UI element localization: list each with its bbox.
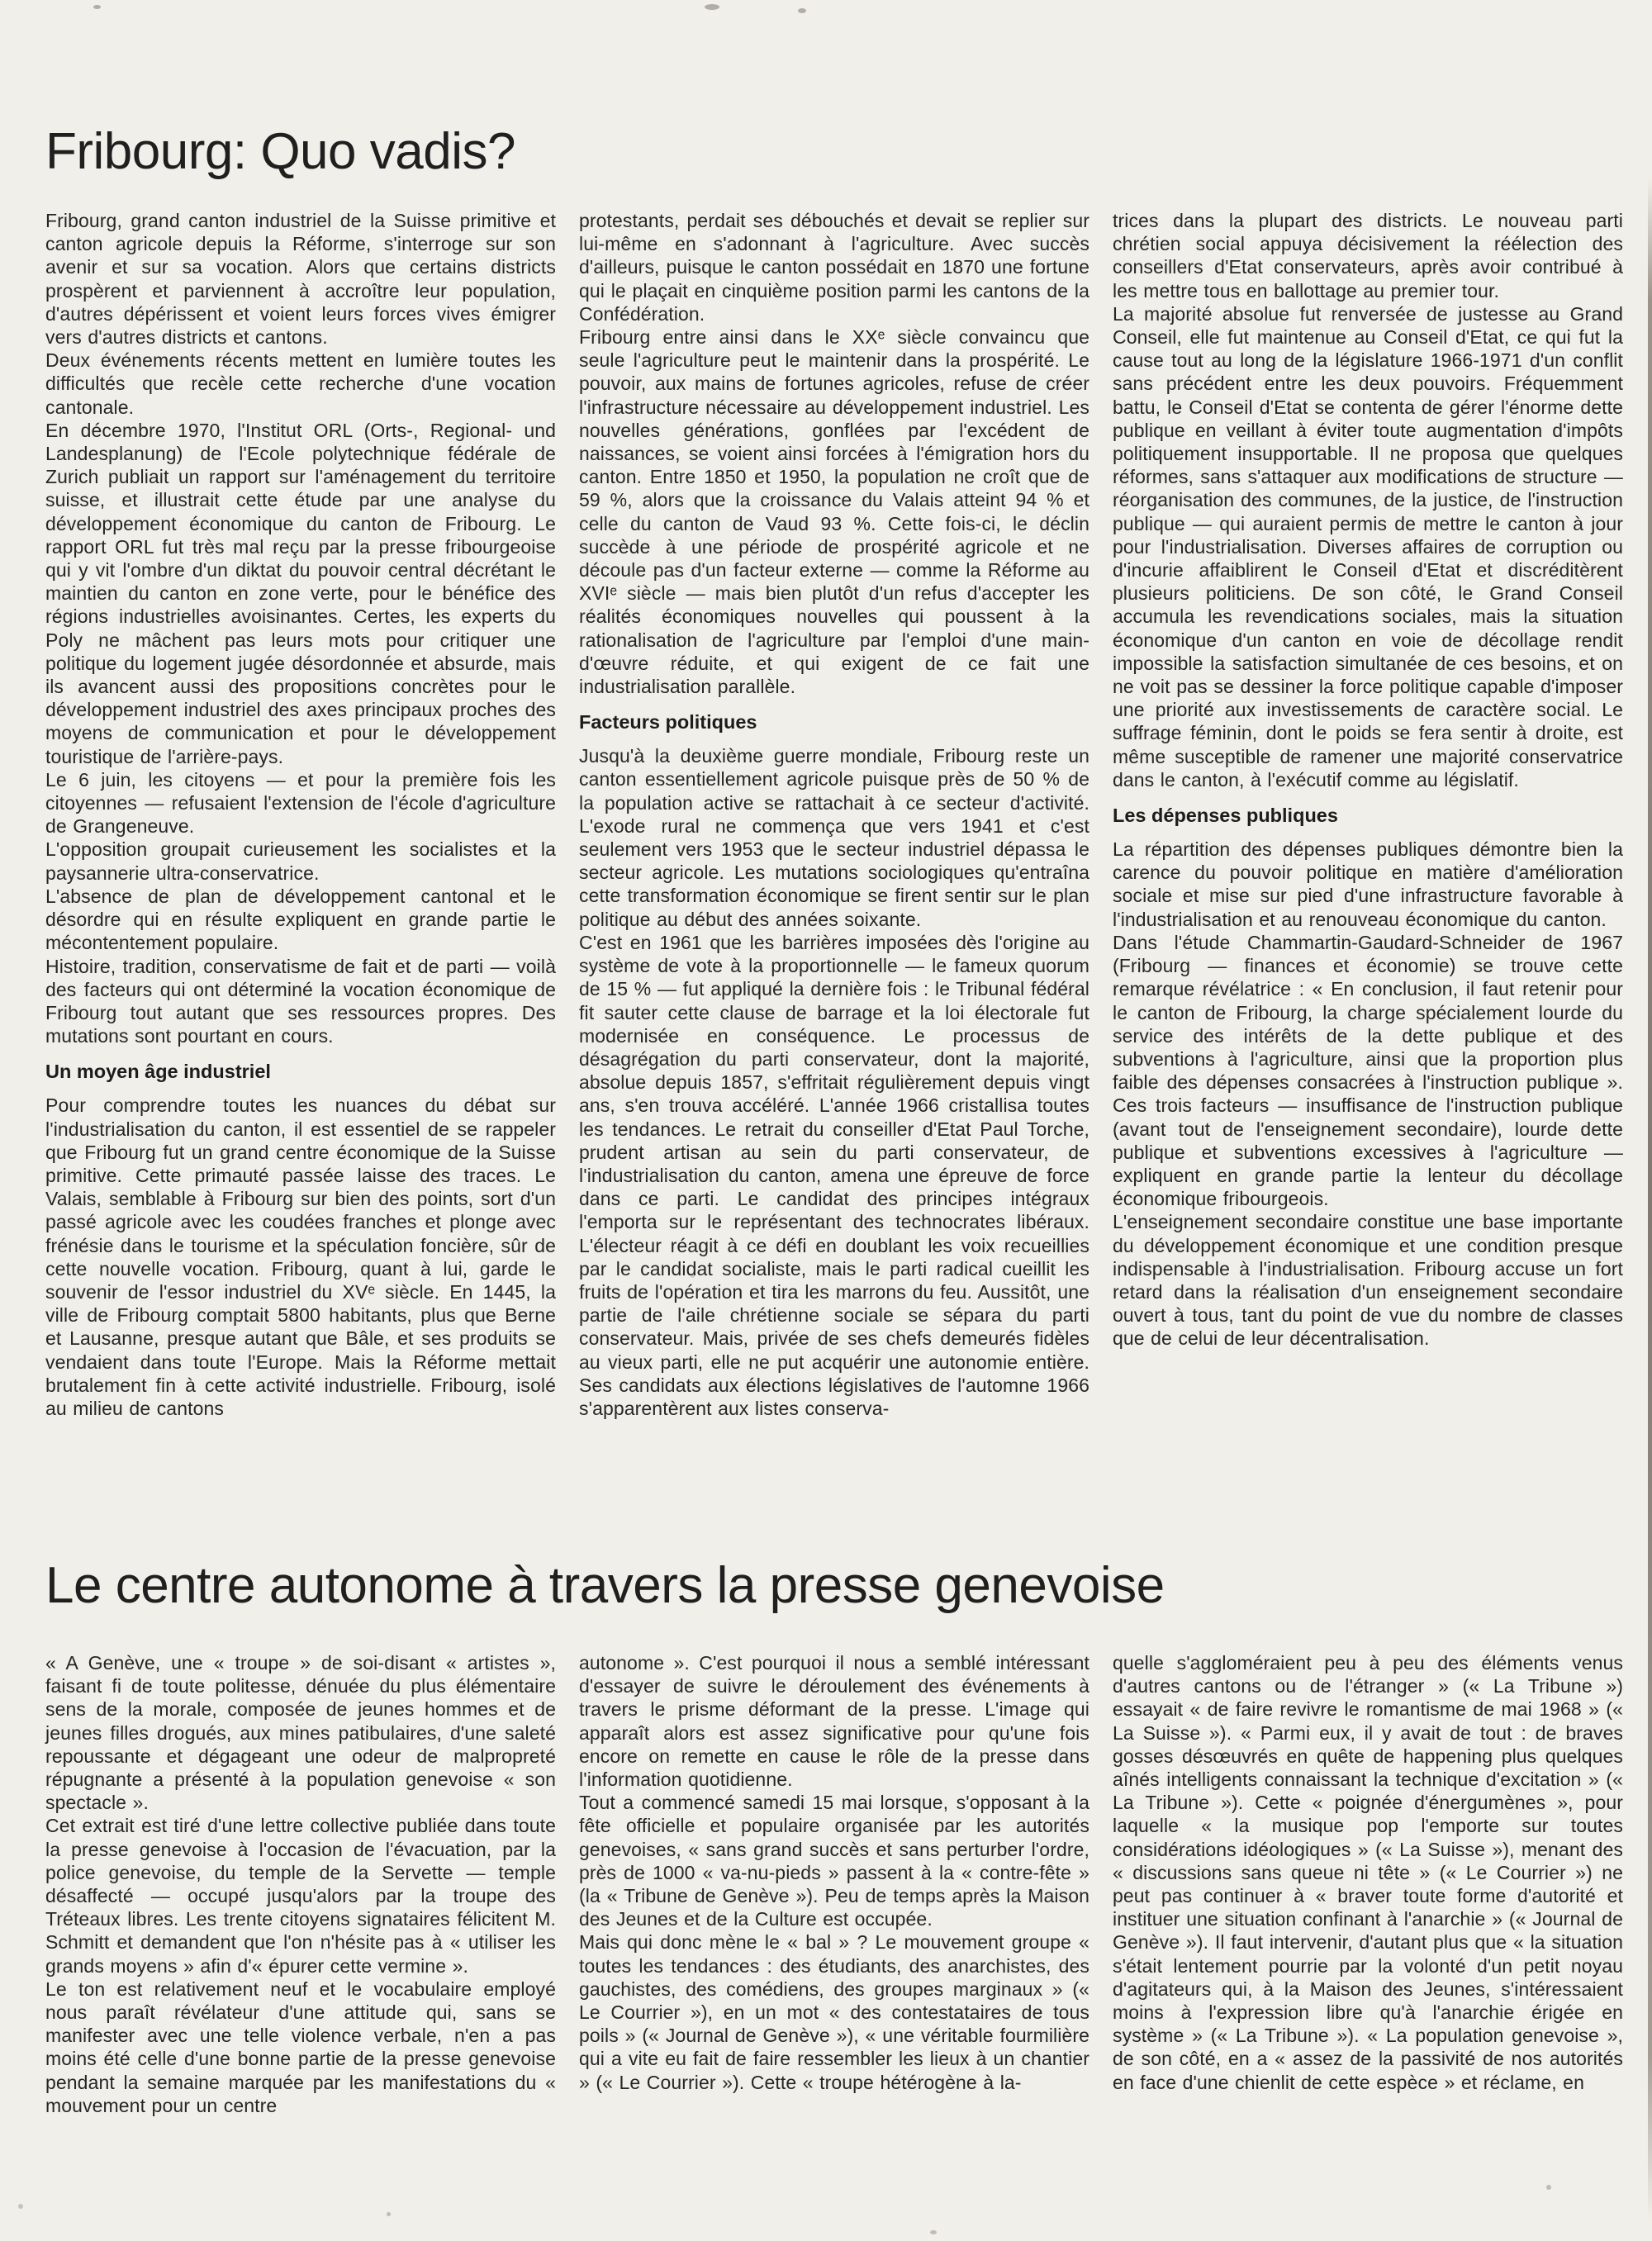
scan-speck <box>93 5 101 9</box>
paragraph: Deux événements récents mettent en lumiè… <box>45 349 556 419</box>
article1-columns: Fribourg, grand canton industriel de la … <box>45 209 1623 1420</box>
article1-column-2: protestants, perdait ses débouchés et de… <box>579 209 1089 1420</box>
paragraph: Histoire, tradition, conservatisme de fa… <box>45 955 556 1048</box>
paragraph: quelle s'aggloméraient peu à peu des élé… <box>1113 1651 1623 2094</box>
article-fribourg: Fribourg: Quo vadis? Fribourg, grand can… <box>45 122 1623 1420</box>
scan-speck <box>18 2204 23 2209</box>
paragraph: L'enseignement secondaire constitue une … <box>1113 1210 1623 1350</box>
paragraph: La majorité absolue fut renversée de jus… <box>1113 302 1623 791</box>
paragraph: autonome ». C'est pourquoi il nous a sem… <box>579 1651 1089 1791</box>
scan-speck <box>691 1274 695 1278</box>
scan-speck <box>705 4 719 10</box>
paragraph: Dans l'étude Chammartin-Gaudard-Schneide… <box>1113 931 1623 1210</box>
paragraph: C'est en 1961 que les barrières imposées… <box>579 931 1089 1420</box>
article2-column-3: quelle s'aggloméraient peu à peu des élé… <box>1113 1651 1623 2117</box>
article2-title: Le centre autonome à travers la presse g… <box>45 1556 1623 1615</box>
newspaper-page: Fribourg: Quo vadis? Fribourg, grand can… <box>0 0 1652 2241</box>
paragraph: Pour comprendre toutes les nuances du dé… <box>45 1094 556 1420</box>
scan-speck <box>1546 2185 1551 2190</box>
article1-column-3: trices dans la plupart des districts. Le… <box>1113 209 1623 1420</box>
article2-column-2: autonome ». C'est pourquoi il nous a sem… <box>579 1651 1089 2117</box>
paragraph: L'absence de plan de développement canto… <box>45 885 556 955</box>
paragraph: Fribourg entre ainsi dans le XXᵉ siècle … <box>579 325 1089 698</box>
subheading-depenses-publiques: Les dépenses publiques <box>1113 804 1623 827</box>
scan-speck <box>798 8 806 13</box>
paragraph: protestants, perdait ses débouchés et de… <box>579 209 1089 325</box>
subheading-moyen-age-industriel: Un moyen âge industriel <box>45 1060 556 1083</box>
paragraph: En décembre 1970, l'Institut ORL (Orts-,… <box>45 419 556 768</box>
subheading-facteurs-politiques: Facteurs politiques <box>579 710 1089 734</box>
paragraph: Fribourg, grand canton industriel de la … <box>45 209 556 349</box>
article-centre-autonome: Le centre autonome à travers la presse g… <box>45 1556 1623 2117</box>
scan-speck <box>930 2230 937 2234</box>
paragraph: L'opposition groupait curieusement les s… <box>45 838 556 884</box>
paragraph: Mais qui donc mène le « bal » ? Le mouve… <box>579 1930 1089 2093</box>
paragraph: Le ton est relativement neuf et le vocab… <box>45 1977 556 2117</box>
scan-edge-shadow <box>1648 178 1652 2220</box>
paragraph: Cet extrait est tiré d'une lettre collec… <box>45 1814 556 1977</box>
paragraph: « A Genève, une « troupe » de soi-disant… <box>45 1651 556 1814</box>
paragraph: trices dans la plupart des districts. Le… <box>1113 209 1623 302</box>
scan-speck <box>387 2212 391 2216</box>
paragraph: Jusqu'à la deuxième guerre mondiale, Fri… <box>579 744 1089 931</box>
paragraph: La répartition des dépenses publiques dé… <box>1113 838 1623 931</box>
article1-title: Fribourg: Quo vadis? <box>45 122 1623 181</box>
article2-column-1: « A Genève, une « troupe » de soi-disant… <box>45 1651 556 2117</box>
article1-column-1: Fribourg, grand canton industriel de la … <box>45 209 556 1420</box>
paragraph: Le 6 juin, les citoyens — et pour la pre… <box>45 768 556 838</box>
paragraph: Tout a commencé samedi 15 mai lorsque, s… <box>579 1791 1089 1930</box>
article2-columns: « A Genève, une « troupe » de soi-disant… <box>45 1651 1623 2117</box>
